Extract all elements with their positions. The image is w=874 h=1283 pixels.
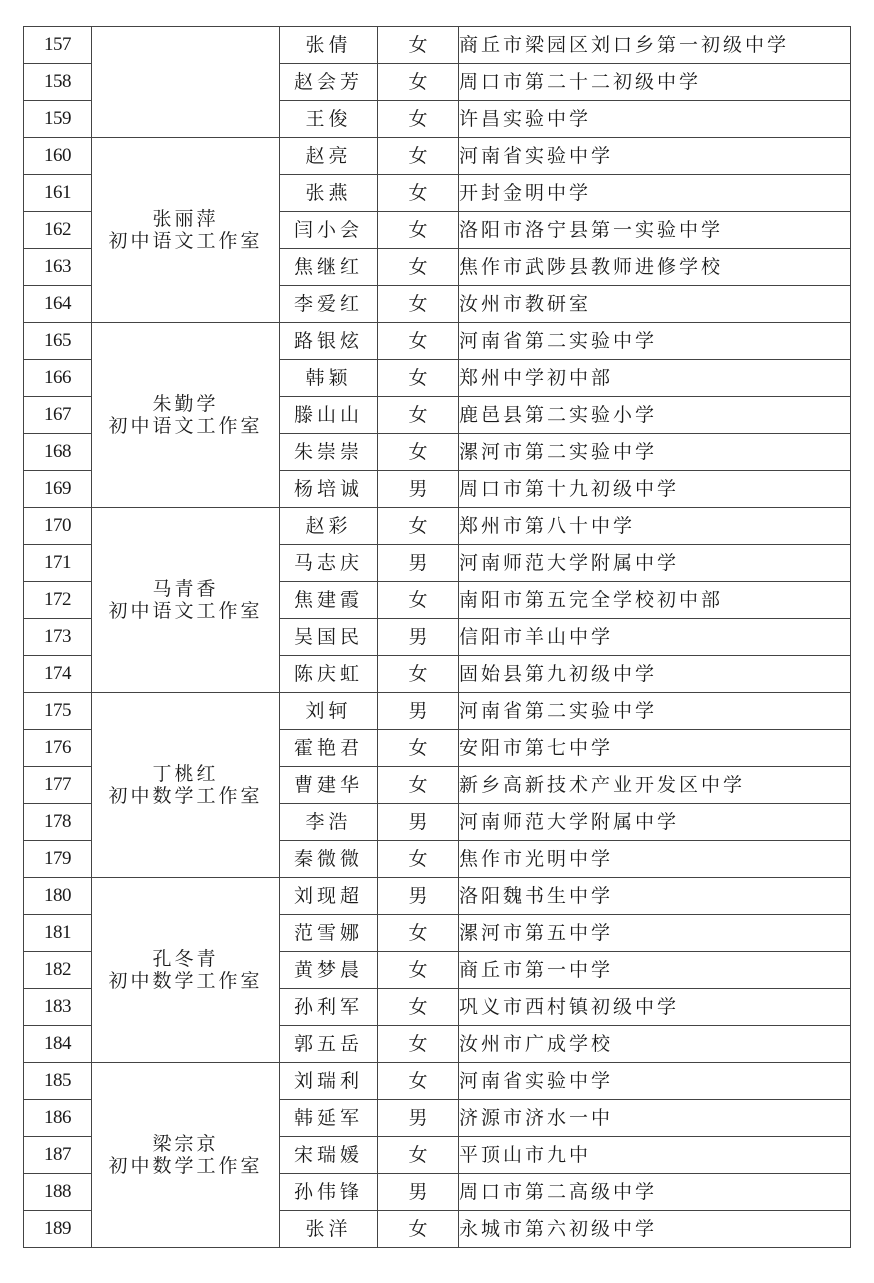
member-name: 陈庆虹 xyxy=(280,656,378,693)
studio-cell: 丁桃红初中数学工作室 xyxy=(92,693,280,878)
studio-name: 初中数学工作室 xyxy=(92,970,279,992)
member-school: 汝州市广成学校 xyxy=(459,1026,851,1063)
row-number: 161 xyxy=(24,175,92,212)
row-number: 176 xyxy=(24,730,92,767)
member-gender: 女 xyxy=(378,915,459,952)
roster-table: 157张倩女商丘市梁园区刘口乡第一初级中学158赵会芳女周口市第二十二初级中学1… xyxy=(23,26,851,1248)
studio-name: 初中数学工作室 xyxy=(92,1155,279,1177)
member-gender: 男 xyxy=(378,693,459,730)
member-gender: 女 xyxy=(378,212,459,249)
studio-cell: 孔冬青初中数学工作室 xyxy=(92,878,280,1063)
member-gender: 女 xyxy=(378,656,459,693)
member-school: 河南省第二实验中学 xyxy=(459,323,851,360)
member-school: 汝州市教研室 xyxy=(459,286,851,323)
studio-leader: 朱勤学 xyxy=(92,393,279,415)
row-number: 166 xyxy=(24,360,92,397)
member-name: 赵彩 xyxy=(280,508,378,545)
row-number: 173 xyxy=(24,619,92,656)
member-name: 杨培诚 xyxy=(280,471,378,508)
member-name: 朱崇崇 xyxy=(280,434,378,471)
member-school: 商丘市第一中学 xyxy=(459,952,851,989)
member-school: 郑州中学初中部 xyxy=(459,360,851,397)
row-number: 168 xyxy=(24,434,92,471)
member-school: 漯河市第五中学 xyxy=(459,915,851,952)
studio-name: 初中数学工作室 xyxy=(92,785,279,807)
member-name: 王俊 xyxy=(280,101,378,138)
member-name: 刘轲 xyxy=(280,693,378,730)
member-school: 河南省实验中学 xyxy=(459,1063,851,1100)
row-number: 188 xyxy=(24,1174,92,1211)
member-school: 焦作市光明中学 xyxy=(459,841,851,878)
studio-name: 初中语文工作室 xyxy=(92,415,279,437)
member-school: 河南师范大学附属中学 xyxy=(459,804,851,841)
member-school: 巩义市西村镇初级中学 xyxy=(459,989,851,1026)
member-name: 路银炫 xyxy=(280,323,378,360)
table-row: 175丁桃红初中数学工作室刘轲男河南省第二实验中学 xyxy=(24,693,851,730)
member-school: 鹿邑县第二实验小学 xyxy=(459,397,851,434)
studio-leader: 丁桃红 xyxy=(92,763,279,785)
member-gender: 女 xyxy=(378,64,459,101)
member-gender: 女 xyxy=(378,989,459,1026)
member-name: 刘现超 xyxy=(280,878,378,915)
member-school: 许昌实验中学 xyxy=(459,101,851,138)
table-row: 165朱勤学初中语文工作室路银炫女河南省第二实验中学 xyxy=(24,323,851,360)
member-gender: 男 xyxy=(378,1174,459,1211)
row-number: 157 xyxy=(24,27,92,64)
table-row: 157张倩女商丘市梁园区刘口乡第一初级中学 xyxy=(24,27,851,64)
studio-cell: 张丽萍初中语文工作室 xyxy=(92,138,280,323)
member-name: 孙伟锋 xyxy=(280,1174,378,1211)
member-gender: 女 xyxy=(378,101,459,138)
row-number: 184 xyxy=(24,1026,92,1063)
member-name: 刘瑞利 xyxy=(280,1063,378,1100)
member-gender: 女 xyxy=(378,952,459,989)
member-school: 周口市第二高级中学 xyxy=(459,1174,851,1211)
member-gender: 女 xyxy=(378,27,459,64)
studio-cell xyxy=(92,27,280,138)
member-gender: 女 xyxy=(378,249,459,286)
member-gender: 女 xyxy=(378,1211,459,1248)
member-gender: 女 xyxy=(378,1026,459,1063)
row-number: 158 xyxy=(24,64,92,101)
studio-name: 初中语文工作室 xyxy=(92,600,279,622)
member-gender: 女 xyxy=(378,434,459,471)
row-number: 160 xyxy=(24,138,92,175)
member-name: 闫小会 xyxy=(280,212,378,249)
member-name: 郭五岳 xyxy=(280,1026,378,1063)
member-school: 商丘市梁园区刘口乡第一初级中学 xyxy=(459,27,851,64)
member-gender: 男 xyxy=(378,878,459,915)
member-school: 永城市第六初级中学 xyxy=(459,1211,851,1248)
row-number: 165 xyxy=(24,323,92,360)
member-gender: 女 xyxy=(378,841,459,878)
row-number: 164 xyxy=(24,286,92,323)
studio-cell: 马青香初中语文工作室 xyxy=(92,508,280,693)
row-number: 162 xyxy=(24,212,92,249)
roster-body: 157张倩女商丘市梁园区刘口乡第一初级中学158赵会芳女周口市第二十二初级中学1… xyxy=(24,27,851,1248)
member-school: 平顶山市九中 xyxy=(459,1137,851,1174)
row-number: 174 xyxy=(24,656,92,693)
member-name: 张倩 xyxy=(280,27,378,64)
member-gender: 女 xyxy=(378,397,459,434)
member-name: 李爱红 xyxy=(280,286,378,323)
row-number: 189 xyxy=(24,1211,92,1248)
member-name: 吴国民 xyxy=(280,619,378,656)
member-name: 范雪娜 xyxy=(280,915,378,952)
member-name: 孙利军 xyxy=(280,989,378,1026)
member-school: 洛阳市洛宁县第一实验中学 xyxy=(459,212,851,249)
studio-name: 初中语文工作室 xyxy=(92,230,279,252)
member-school: 洛阳魏书生中学 xyxy=(459,878,851,915)
member-school: 南阳市第五完全学校初中部 xyxy=(459,582,851,619)
member-school: 河南省第二实验中学 xyxy=(459,693,851,730)
member-name: 李浩 xyxy=(280,804,378,841)
member-name: 韩颖 xyxy=(280,360,378,397)
row-number: 172 xyxy=(24,582,92,619)
member-school: 河南省实验中学 xyxy=(459,138,851,175)
table-row: 180孔冬青初中数学工作室刘现超男洛阳魏书生中学 xyxy=(24,878,851,915)
member-school: 漯河市第二实验中学 xyxy=(459,434,851,471)
table-row: 185梁宗京初中数学工作室刘瑞利女河南省实验中学 xyxy=(24,1063,851,1100)
member-gender: 女 xyxy=(378,582,459,619)
member-gender: 女 xyxy=(378,767,459,804)
member-school: 开封金明中学 xyxy=(459,175,851,212)
member-name: 黄梦晨 xyxy=(280,952,378,989)
member-school: 郑州市第八十中学 xyxy=(459,508,851,545)
row-number: 171 xyxy=(24,545,92,582)
row-number: 177 xyxy=(24,767,92,804)
row-number: 181 xyxy=(24,915,92,952)
member-school: 周口市第十九初级中学 xyxy=(459,471,851,508)
studio-leader: 张丽萍 xyxy=(92,208,279,230)
row-number: 182 xyxy=(24,952,92,989)
member-gender: 女 xyxy=(378,508,459,545)
member-gender: 女 xyxy=(378,730,459,767)
row-number: 186 xyxy=(24,1100,92,1137)
row-number: 178 xyxy=(24,804,92,841)
member-name: 马志庆 xyxy=(280,545,378,582)
member-name: 赵会芳 xyxy=(280,64,378,101)
row-number: 185 xyxy=(24,1063,92,1100)
member-name: 曹建华 xyxy=(280,767,378,804)
member-school: 新乡高新技术产业开发区中学 xyxy=(459,767,851,804)
row-number: 180 xyxy=(24,878,92,915)
row-number: 170 xyxy=(24,508,92,545)
member-name: 张洋 xyxy=(280,1211,378,1248)
member-name: 赵亮 xyxy=(280,138,378,175)
member-gender: 女 xyxy=(378,175,459,212)
row-number: 187 xyxy=(24,1137,92,1174)
row-number: 169 xyxy=(24,471,92,508)
table-row: 170马青香初中语文工作室赵彩女郑州市第八十中学 xyxy=(24,508,851,545)
member-name: 张燕 xyxy=(280,175,378,212)
member-school: 信阳市羊山中学 xyxy=(459,619,851,656)
row-number: 183 xyxy=(24,989,92,1026)
member-gender: 女 xyxy=(378,1063,459,1100)
member-school: 固始县第九初级中学 xyxy=(459,656,851,693)
member-name: 宋瑞媛 xyxy=(280,1137,378,1174)
member-school: 周口市第二十二初级中学 xyxy=(459,64,851,101)
member-gender: 男 xyxy=(378,804,459,841)
member-gender: 男 xyxy=(378,545,459,582)
member-gender: 男 xyxy=(378,471,459,508)
studio-cell: 梁宗京初中数学工作室 xyxy=(92,1063,280,1248)
member-gender: 男 xyxy=(378,1100,459,1137)
row-number: 163 xyxy=(24,249,92,286)
member-school: 济源市济水一中 xyxy=(459,1100,851,1137)
member-name: 滕山山 xyxy=(280,397,378,434)
member-gender: 女 xyxy=(378,360,459,397)
member-name: 霍艳君 xyxy=(280,730,378,767)
member-name: 韩延军 xyxy=(280,1100,378,1137)
member-gender: 女 xyxy=(378,286,459,323)
member-gender: 女 xyxy=(378,138,459,175)
member-gender: 女 xyxy=(378,1137,459,1174)
studio-leader: 马青香 xyxy=(92,578,279,600)
row-number: 159 xyxy=(24,101,92,138)
studio-cell: 朱勤学初中语文工作室 xyxy=(92,323,280,508)
member-school: 焦作市武陟县教师进修学校 xyxy=(459,249,851,286)
member-gender: 女 xyxy=(378,323,459,360)
row-number: 179 xyxy=(24,841,92,878)
member-school: 安阳市第七中学 xyxy=(459,730,851,767)
row-number: 167 xyxy=(24,397,92,434)
studio-leader: 梁宗京 xyxy=(92,1133,279,1155)
member-school: 河南师范大学附属中学 xyxy=(459,545,851,582)
member-name: 秦微微 xyxy=(280,841,378,878)
row-number: 175 xyxy=(24,693,92,730)
member-name: 焦继红 xyxy=(280,249,378,286)
table-row: 160张丽萍初中语文工作室赵亮女河南省实验中学 xyxy=(24,138,851,175)
member-name: 焦建霞 xyxy=(280,582,378,619)
studio-leader: 孔冬青 xyxy=(92,948,279,970)
member-gender: 男 xyxy=(378,619,459,656)
